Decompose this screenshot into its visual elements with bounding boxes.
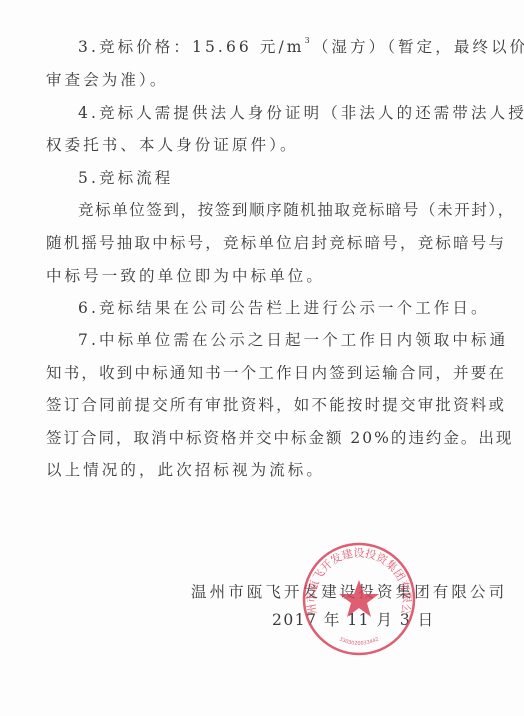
item-7-line-3: 签订合同前提交所有审批资料，如不能按时提交审批资料或 (46, 394, 466, 416)
item-4-line-1: 4.竞标人需提供法人身份证明（非法人的还需带法人授 (78, 102, 466, 124)
item-6: 6.竞标结果在公司公告栏上进行公示一个工作日。 (78, 297, 466, 319)
superscript: 3 (305, 36, 313, 45)
svg-text:3303020033442: 3303020033442 (338, 636, 380, 646)
svg-text:温州市瓯飞开发建设投资集团有限公司: 温州市瓯飞开发建设投资集团有限公司 (300, 540, 413, 616)
item-7-line-2: 知书，收到中标通知书一个工作日内签到运输合同，并要在 (46, 362, 466, 384)
signature-date: 2017 年 11 月 3 日 (272, 609, 435, 631)
item-4-line-2: 权委托书、本人身份证原件）。 (46, 134, 466, 156)
company-signature: 温州市瓯飞开发建设投资集团有限公司 (191, 581, 507, 603)
price-suffix: （湿方）（暂定，最终以价格 (313, 38, 524, 56)
item-7-line-1: 7.中标单位需在公示之日起一个工作日内领取中标通 (78, 329, 466, 351)
item-5-body-line-1: 竞标单位签到，按签到顺序随机抽取竞标暗号（未开封）， (78, 199, 466, 221)
item-3-line-2: 审查会为准）。 (46, 69, 466, 91)
price-text: 3.竞标价格：15.66 元/m (78, 38, 305, 56)
item-5-body-line-3: 中标号一致的单位即为中标单位。 (46, 265, 466, 287)
item-7-line-4: 签订合同，取消中标资格并交中标金额 20%的违约金。出现 (46, 427, 466, 449)
item-7-line-5: 以上情况的，此次招标视为流标。 (46, 459, 466, 481)
document-page: 3.竞标价格：15.66 元/m3（湿方）（暂定，最终以价格 审查会为准）。 4… (0, 0, 524, 716)
item-5-body-line-2: 随机摇号抽取中标号，竞标单位启封竞标暗号，竞标暗号与 (46, 232, 466, 254)
item-5-title: 5.竞标流程 (78, 167, 466, 189)
item-3-line-1: 3.竞标价格：15.66 元/m3（湿方）（暂定，最终以价格 (78, 36, 466, 58)
